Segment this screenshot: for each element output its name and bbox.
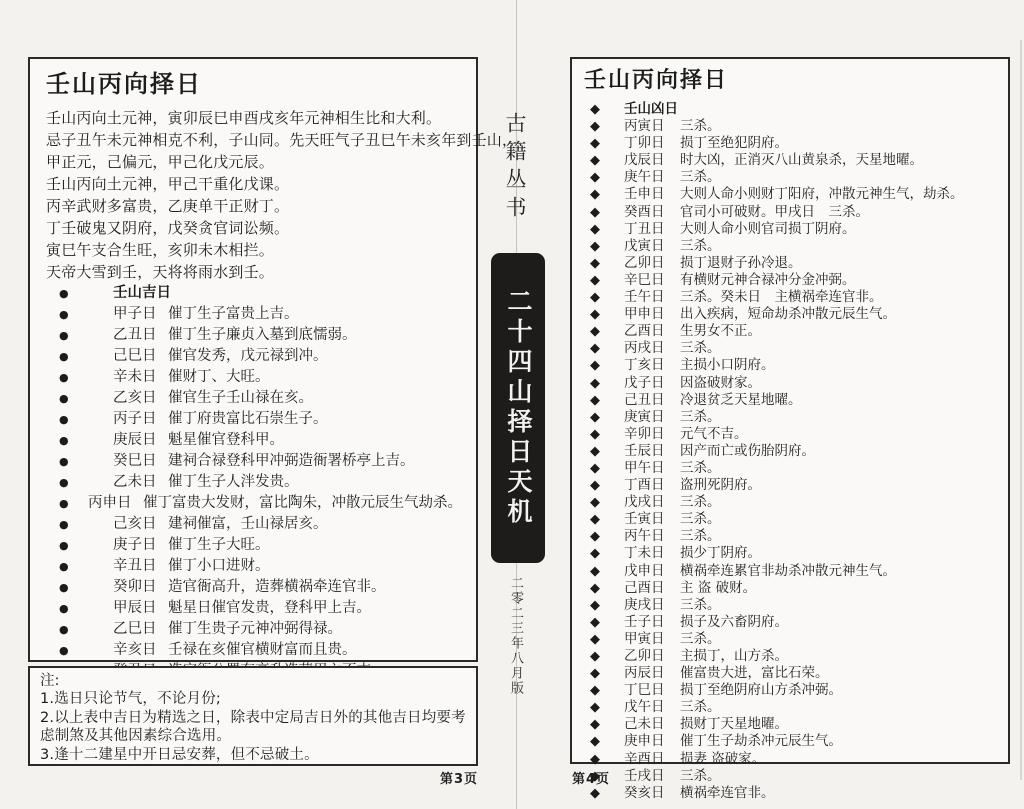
diamond-bullet-icon: ◆: [582, 119, 624, 135]
inauspicious-day-row: ◆ 丙辰日 催富贵大进，富比石荣。: [582, 665, 998, 682]
day-description: 主损小口阴府。: [680, 357, 998, 373]
day-label: 丙戌日: [624, 340, 680, 356]
day-description: 三杀。: [680, 169, 998, 185]
diamond-bullet-icon: ◆: [582, 615, 624, 631]
day-label: 戊戌日: [624, 494, 680, 510]
day-description: 催丁小口进财。: [168, 556, 462, 576]
day-label: 己巳日: [113, 346, 168, 366]
diamond-bullet-icon: ◆: [582, 187, 624, 203]
auspicious-day-row: ● 辛丑日 催丁小口进财。: [44, 556, 462, 577]
intro-paragraph-line: 丁壬破鬼又阴府，戊癸贪官词讼频。: [46, 217, 462, 239]
inauspicious-day-row: ◆ 壬辰日 因产而亡或伤胎阴府。: [582, 443, 998, 460]
intro-paragraph-line: 壬山丙向土元神，寅卯辰巳申酉戌亥年元神相生比和大利。: [46, 107, 462, 129]
inauspicious-day-row: ◆ 癸酉日 官司小可破财。甲戌日 三杀。: [582, 204, 998, 221]
day-description: 主 盗 破财。: [680, 580, 998, 596]
day-label: 乙巳日: [113, 619, 168, 639]
auspicious-day-row: ● 庚辰日 魁星催官登科甲。: [44, 430, 462, 451]
diamond-bullet-icon: ◆: [582, 683, 624, 699]
day-label: 庚午日: [624, 169, 680, 185]
diamond-bullet-icon: ◆: [582, 734, 624, 750]
day-description: 建祠合禄登科甲冲弼造衙署桥亭上吉。: [168, 451, 462, 471]
day-description: 元气不吉。: [680, 426, 998, 442]
right-page: 壬山丙向择日 ◆ 壬山凶日 ◆ 丙寅日 三杀。 ◆ 丁卯日 损丁至绝犯阴府。 ◆…: [570, 57, 1010, 764]
notes-list: 1.选日只论节气，不论月份; 2.以上表中吉日为精选之日，除表中定局吉日外的其他…: [40, 690, 466, 764]
inauspicious-day-row: ◆ 辛卯日 元气不吉。: [582, 426, 998, 443]
day-description: 损丁至绝阴府山方杀冲弼。: [680, 682, 998, 698]
day-description: 损少丁阴府。: [680, 545, 998, 561]
round-bullet-icon: ●: [44, 515, 113, 535]
day-description: 因产而亡或伤胎阴府。: [680, 443, 998, 459]
inauspicious-day-row: ◆ 丁卯日 损丁至绝犯阴府。: [582, 135, 998, 152]
inauspicious-day-row: ◆ 乙卯日 损丁退财子孙冷退。: [582, 255, 998, 272]
auspicious-day-row: ● 乙巳日 催丁生贵子元神冲弼得禄。: [44, 619, 462, 640]
day-label: 辛卯日: [624, 426, 680, 442]
page-edge-shadow: [1020, 40, 1022, 780]
diamond-bullet-icon: ◆: [582, 666, 624, 682]
round-bullet-icon: ●: [44, 620, 113, 640]
auspicious-day-row: ● 甲辰日 魁星日催官发贵，登科甲上吉。: [44, 598, 462, 619]
day-label: 丙申日: [88, 493, 143, 513]
day-label: 己亥日: [113, 514, 168, 534]
left-page-title: 壬山丙向择日: [46, 69, 462, 99]
diamond-bullet-icon: ◆: [582, 136, 624, 152]
round-bullet-icon: ●: [44, 536, 113, 556]
day-label: 乙卯日: [624, 255, 680, 271]
day-description: 三杀。: [680, 768, 998, 784]
day-label: 丁卯日: [624, 135, 680, 151]
day-description: 时大凶，正消灭八山黄泉杀，天星地曜。: [680, 152, 998, 168]
inauspicious-day-row: ◆ 己丑日 冷退贫乏天星地曜。: [582, 392, 998, 409]
day-description: 催丁生子人泮发贵。: [168, 472, 462, 492]
round-bullet-icon: ●: [44, 368, 113, 388]
auspicious-day-row: ● 辛亥日 壬禄在亥催官横财富而且贵。: [44, 640, 462, 661]
day-label: 癸亥日: [624, 785, 680, 801]
day-label: 庚戌日: [624, 597, 680, 613]
round-bullet-icon: ●: [44, 599, 113, 619]
day-label: 丁丑日: [624, 221, 680, 237]
diamond-bullet-icon: ◆: [582, 478, 624, 494]
round-bullet-icon: ●: [44, 557, 113, 577]
auspicious-day-row: ● 庚子日 催丁生子大旺。: [44, 535, 462, 556]
diamond-bullet-icon: ◆: [582, 752, 624, 768]
inauspicious-day-row: ◆ 丁酉日 盗刑死阴府。: [582, 477, 998, 494]
day-label: 戊辰日: [624, 152, 680, 168]
round-bullet-icon: ●: [44, 326, 113, 346]
day-description: 魁星催官登科甲。: [168, 430, 462, 450]
auspicious-day-row: ● 癸卯日 造官衙高升，造葬横祸牵连官非。: [44, 577, 462, 598]
inauspicious-day-row: ◆ 壬子日 损子及六畜阴府。: [582, 614, 998, 631]
diamond-bullet-icon: ◆: [582, 598, 624, 614]
inauspicious-day-row: ◆ 丁未日 损少丁阴府。: [582, 545, 998, 562]
day-label: 戊午日: [624, 699, 680, 715]
day-description: 催财丁、大旺。: [168, 367, 462, 387]
auspicious-day-row: ● 丙子日 催丁府贵富比石崇生子。: [44, 409, 462, 430]
day-description: 三杀。: [680, 409, 998, 425]
inauspicious-day-row: ◆ 丙午日 三杀。: [582, 528, 998, 545]
day-label: 戊寅日: [624, 238, 680, 254]
day-label: 己未日: [624, 716, 680, 732]
day-label: 乙丑日: [113, 325, 168, 345]
scanned-book-spread: 壬山丙向择日 壬山丙向土元神，寅卯辰巳申酉戌亥年元神相生比和大利。 忌子丑午未元…: [0, 0, 1024, 809]
edition-label: 二零二三年八月版: [506, 576, 525, 696]
inauspicious-day-row: ◆ 己酉日 主 盗 破财。: [582, 580, 998, 597]
day-description: 三杀。: [680, 597, 998, 613]
day-description: 因盗破财家。: [680, 375, 998, 391]
diamond-bullet-icon: ◆: [582, 256, 624, 272]
day-description: 催丁生子劫杀冲元辰生气。: [680, 733, 998, 749]
day-label: 己丑日: [624, 392, 680, 408]
note-item: 3.逢十二建星中开日忌安葬，但不忌破土。: [40, 746, 466, 765]
intro-paragraph-line: 丙辛武财多富贵，乙庚单干正财丁。: [46, 195, 462, 217]
round-bullet-icon: ●: [44, 389, 113, 409]
diamond-bullet-icon: ◆: [582, 358, 624, 374]
round-bullet-icon: ●: [44, 284, 113, 304]
day-description: 三杀。: [680, 528, 998, 544]
note-item: 1.选日只论节气，不论月份;: [40, 690, 466, 709]
day-label: 乙卯日: [624, 648, 680, 664]
inauspicious-day-row: ◆ 乙酉日 生男女不正。: [582, 323, 998, 340]
right-page-title: 壬山丙向择日: [584, 67, 998, 95]
inauspicious-day-row: ◆ 庚戌日 三杀。: [582, 597, 998, 614]
day-label: 癸酉日: [624, 204, 680, 220]
inauspicious-day-row: ◆ 戊寅日 三杀。: [582, 238, 998, 255]
inauspicious-day-row: ◆ 丙寅日 三杀。: [582, 118, 998, 135]
day-label: 壬寅日: [624, 511, 680, 527]
inauspicious-day-row: ◆ 甲寅日 三杀。: [582, 631, 998, 648]
day-label: 壬戌日: [624, 768, 680, 784]
intro-paragraph-line: 忌子丑午未元神相克不利，子山同。先天旺气子丑巳午未亥年到壬山，: [46, 129, 462, 151]
inauspicious-day-row: ◆ 甲申日 出入疾病，短命劫杀冲散元辰生气。: [582, 306, 998, 323]
round-bullet-icon: ●: [44, 494, 88, 514]
round-bullet-icon: ●: [44, 641, 113, 661]
day-label: 丙寅日: [624, 118, 680, 134]
diamond-bullet-icon: ◆: [582, 324, 624, 340]
day-description: 横祸牵连累官非劫杀冲散元神生气。: [680, 563, 998, 579]
day-description: 催丁生子大旺。: [168, 535, 462, 555]
inauspicious-day-row: ◆ 戊午日 三杀。: [582, 699, 998, 716]
day-description: 三杀。: [680, 340, 998, 356]
day-label: 乙亥日: [113, 388, 168, 408]
day-label: 戊子日: [624, 375, 680, 391]
day-description: 催官生子壬山禄在亥。: [168, 388, 462, 408]
day-description: 损丁至绝犯阴府。: [680, 135, 998, 151]
inauspicious-day-list: ◆ 丙寅日 三杀。 ◆ 丁卯日 损丁至绝犯阴府。 ◆ 戊辰日 时大凶，正消灭八山…: [582, 118, 998, 802]
intro-paragraph-line: 壬山丙向土元神，甲己干重化戊课。: [46, 173, 462, 195]
diamond-bullet-icon: ◆: [582, 444, 624, 460]
day-label: 壬子日: [624, 614, 680, 630]
diamond-bullet-icon: ◆: [582, 205, 624, 221]
inauspicious-day-row: ◆ 戊戌日 三杀。: [582, 494, 998, 511]
inauspicious-day-row: ◆ 丙戌日 三杀。: [582, 340, 998, 357]
day-description: 三杀。: [680, 511, 998, 527]
day-label: 庚寅日: [624, 409, 680, 425]
day-label: 乙未日: [113, 472, 168, 492]
day-label: 丙子日: [113, 409, 168, 429]
day-description: 催丁富贵大发财，富比陶朱，冲散元辰生气劫杀。: [143, 493, 462, 513]
inauspicious-day-row: ◆ 丁亥日 主损小口阴府。: [582, 357, 998, 374]
day-description: 造官衙高升，造葬横祸牵连官非。: [168, 577, 462, 597]
day-description: 三杀。: [680, 118, 998, 134]
day-label: 甲辰日: [113, 598, 168, 618]
day-description: 魁星日催官发贵，登科甲上吉。: [168, 598, 462, 618]
day-description: 损妻 盗破家。: [680, 751, 998, 767]
day-description: 损财丁天星地曜。: [680, 716, 998, 732]
day-label: 癸巳日: [113, 451, 168, 471]
day-description: 大则人命小则官司损丁阴府。: [680, 221, 998, 237]
day-label: 戊申日: [624, 563, 680, 579]
day-description: 三杀。: [680, 699, 998, 715]
day-description: 催官发秀，戊元禄到冲。: [168, 346, 462, 366]
inauspicious-day-row: ◆ 辛巳日 有横财元神合禄冲分金冲弼。: [582, 272, 998, 289]
diamond-bullet-icon: ◆: [582, 393, 624, 409]
inauspicious-day-row: ◆ 壬寅日 三杀。: [582, 511, 998, 528]
day-label: 丁未日: [624, 545, 680, 561]
day-description: 损子及六畜阴府。: [680, 614, 998, 630]
diamond-bullet-icon: ◆: [582, 427, 624, 443]
inauspicious-day-row: ◆ 戊子日 因盗破财家。: [582, 375, 998, 392]
inauspicious-day-row: ◆ 乙卯日 主损丁，山方杀。: [582, 648, 998, 665]
day-label: 癸卯日: [113, 577, 168, 597]
inauspicious-list-header-row: ◆ 壬山凶日: [582, 101, 998, 118]
day-description: 三杀。: [680, 631, 998, 647]
diamond-bullet-icon: ◆: [582, 153, 624, 169]
day-description: 催富贵大进，富比石荣。: [680, 665, 998, 681]
day-label: 辛丑日: [113, 556, 168, 576]
day-label: 辛未日: [113, 367, 168, 387]
day-description: 催丁生子廉贞入墓到底懦弱。: [168, 325, 462, 345]
day-label: 辛酉日: [624, 751, 680, 767]
auspicious-day-row: ● 辛未日 催财丁、大旺。: [44, 367, 462, 388]
day-description: 三杀。: [680, 494, 998, 510]
inauspicious-list-header: 壬山凶日: [624, 101, 680, 117]
day-description: 生男女不正。: [680, 323, 998, 339]
day-description: 三杀。: [680, 238, 998, 254]
diamond-bullet-icon: ◆: [582, 546, 624, 562]
diamond-bullet-icon: ◆: [582, 632, 624, 648]
note-item: 2.以上表中吉日为精选之日，除表中定局吉日外的其他吉日均要考虑制煞及其他因素综合…: [40, 709, 466, 746]
day-label: 丙午日: [624, 528, 680, 544]
left-page: 壬山丙向择日 壬山丙向土元神，寅卯辰巳申酉戌亥年元神相生比和大利。 忌子丑午未元…: [28, 57, 478, 662]
auspicious-day-list: ● 甲子日 催丁生子富贵上吉。 ● 乙丑日 催丁生子廉贞入墓到底懦弱。 ● 己巳…: [44, 304, 462, 682]
inauspicious-day-row: ◆ 己未日 损财丁天星地曜。: [582, 716, 998, 733]
day-label: 丁巳日: [624, 682, 680, 698]
day-description: 出入疾病，短命劫杀冲散元辰生气。: [680, 306, 998, 322]
auspicious-day-row: ● 乙未日 催丁生子人泮发贵。: [44, 472, 462, 493]
diamond-bullet-icon: ◆: [582, 290, 624, 306]
day-description: 催丁府贵富比石崇生子。: [168, 409, 462, 429]
day-label: 庚辰日: [113, 430, 168, 450]
book-title: 二十四山择日天机: [500, 288, 536, 528]
diamond-bullet-icon: ◆: [582, 222, 624, 238]
inauspicious-day-row: ◆ 丁丑日 大则人命小则官司损丁阴府。: [582, 221, 998, 238]
diamond-bullet-icon: ◆: [582, 239, 624, 255]
inauspicious-day-row: ◆ 丁巳日 损丁至绝阴府山方杀冲弼。: [582, 682, 998, 699]
inauspicious-day-row: ◆ 戊辰日 时大凶，正消灭八山黄泉杀，天星地曜。: [582, 152, 998, 169]
day-description: 主损丁，山方杀。: [680, 648, 998, 664]
inauspicious-day-row: ◆ 庚寅日 三杀。: [582, 409, 998, 426]
day-label: 甲子日: [113, 304, 168, 324]
day-label: 乙酉日: [624, 323, 680, 339]
auspicious-day-row: ● 癸巳日 建祠合禄登科甲冲弼造衙署桥亭上吉。: [44, 451, 462, 472]
diamond-bullet-icon: ◆: [582, 495, 624, 511]
diamond-bullet-icon: ◆: [582, 529, 624, 545]
day-label: 庚子日: [113, 535, 168, 555]
day-label: 壬申日: [624, 186, 680, 202]
inauspicious-day-row: ◆ 壬申日 大则人命小则财丁阳府，冲散元神生气，劫杀。: [582, 186, 998, 203]
day-description: 壬禄在亥催官横财富而且贵。: [168, 640, 462, 660]
diamond-bullet-icon: ◆: [582, 564, 624, 580]
intro-paragraph-line: 寅巳午支合生旺，亥卯未木相拦。: [46, 239, 462, 261]
day-label: 壬午日: [624, 289, 680, 305]
diamond-bullet-icon: ◆: [582, 170, 624, 186]
inauspicious-day-row: ◆ 壬午日 三杀。癸未日 主横祸牵连官非。: [582, 289, 998, 306]
inauspicious-day-row: ◆ 癸亥日 横祸牵连官非。: [582, 785, 998, 802]
round-bullet-icon: ●: [44, 410, 113, 430]
day-description: 损丁退财子孙冷退。: [680, 255, 998, 271]
inauspicious-day-row: ◆ 甲午日 三杀。: [582, 460, 998, 477]
intro-paragraphs: 壬山丙向土元神，寅卯辰巳申酉戌亥年元神相生比和大利。 忌子丑午未元神相克不利，子…: [46, 107, 462, 283]
round-bullet-icon: ●: [44, 305, 113, 325]
notes-label: 注:: [40, 672, 466, 690]
diamond-bullet-icon: ◆: [582, 273, 624, 289]
inauspicious-day-row: ◆ 辛酉日 损妻 盗破家。: [582, 751, 998, 768]
day-label: 甲午日: [624, 460, 680, 476]
day-description: 催丁生子富贵上吉。: [168, 304, 462, 324]
book-title-banner: 二十四山择日天机: [491, 253, 545, 563]
diamond-bullet-icon: ◆: [582, 410, 624, 426]
day-description: 三杀。癸未日 主横祸牵连官非。: [680, 289, 998, 305]
inauspicious-day-row: ◆ 庚申日 催丁生子劫杀冲元辰生气。: [582, 733, 998, 750]
round-bullet-icon: ●: [44, 431, 113, 451]
diamond-bullet-icon: ◆: [582, 341, 624, 357]
inauspicious-day-row: ◆ 戊申日 横祸牵连累官非劫杀冲散元神生气。: [582, 563, 998, 580]
auspicious-day-row: ● 己巳日 催官发秀，戊元禄到冲。: [44, 346, 462, 367]
auspicious-day-row: ● 甲子日 催丁生子富贵上吉。: [44, 304, 462, 325]
intro-paragraph-line: 天帝大雪到壬，天将将雨水到壬。: [46, 261, 462, 283]
day-label: 丁亥日: [624, 357, 680, 373]
diamond-bullet-icon: ◆: [582, 717, 624, 733]
right-page-number: 第4页: [572, 768, 610, 787]
notes-box: 注: 1.选日只论节气，不论月份; 2.以上表中吉日为精选之日，除表中定局吉日外…: [28, 666, 478, 766]
diamond-bullet-icon: ◆: [582, 786, 624, 802]
day-description: 冷退贫乏天星地曜。: [680, 392, 998, 408]
day-label: 丁酉日: [624, 477, 680, 493]
inauspicious-day-row: ◆ 壬戌日 三杀。: [582, 768, 998, 785]
day-label: 甲申日: [624, 306, 680, 322]
series-label: 古籍丛书: [500, 112, 530, 224]
diamond-bullet-icon: ◆: [582, 461, 624, 477]
intro-paragraph-line: 甲正元，己偏元，甲己化戊元辰。: [46, 151, 462, 173]
day-description: 盗刑死阴府。: [680, 477, 998, 493]
day-label: 丙辰日: [624, 665, 680, 681]
auspicious-day-row: ● 乙亥日 催官生子壬山禄在亥。: [44, 388, 462, 409]
diamond-bullet-icon: ◆: [582, 307, 624, 323]
day-label: 甲寅日: [624, 631, 680, 647]
day-label: 壬辰日: [624, 443, 680, 459]
diamond-bullet-icon: ◆: [582, 581, 624, 597]
diamond-bullet-icon: ◆: [582, 512, 624, 528]
day-description: 横祸牵连官非。: [680, 785, 998, 801]
auspicious-list-header: 壬山吉日: [113, 283, 171, 303]
day-label: 庚申日: [624, 733, 680, 749]
diamond-bullet-icon: ◆: [582, 102, 624, 118]
auspicious-list-header-row: ● 壬山吉日: [44, 283, 462, 304]
diamond-bullet-icon: ◆: [582, 649, 624, 665]
day-description: 三杀。: [680, 460, 998, 476]
day-label: 辛亥日: [113, 640, 168, 660]
auspicious-day-row: ● 乙丑日 催丁生子廉贞入墓到底懦弱。: [44, 325, 462, 346]
day-description: 官司小可破财。甲戌日 三杀。: [680, 204, 998, 220]
left-page-number: 第3页: [28, 768, 478, 787]
auspicious-day-row: ● 丙申日 催丁富贵大发财，富比陶朱，冲散元辰生气劫杀。: [44, 493, 462, 514]
auspicious-day-row: ● 己亥日 建祠催富，壬山禄居亥。: [44, 514, 462, 535]
round-bullet-icon: ●: [44, 473, 113, 493]
day-label: 辛巳日: [624, 272, 680, 288]
day-description: 大则人命小则财丁阳府，冲散元神生气，劫杀。: [680, 186, 998, 202]
diamond-bullet-icon: ◆: [582, 376, 624, 392]
round-bullet-icon: ●: [44, 452, 113, 472]
day-description: 建祠催富，壬山禄居亥。: [168, 514, 462, 534]
round-bullet-icon: ●: [44, 578, 113, 598]
diamond-bullet-icon: ◆: [582, 700, 624, 716]
day-description: 有横财元神合禄冲分金冲弼。: [680, 272, 998, 288]
round-bullet-icon: ●: [44, 347, 113, 367]
day-description: 催丁生贵子元神冲弼得禄。: [168, 619, 462, 639]
inauspicious-day-row: ◆ 庚午日 三杀。: [582, 169, 998, 186]
day-label: 己酉日: [624, 580, 680, 596]
